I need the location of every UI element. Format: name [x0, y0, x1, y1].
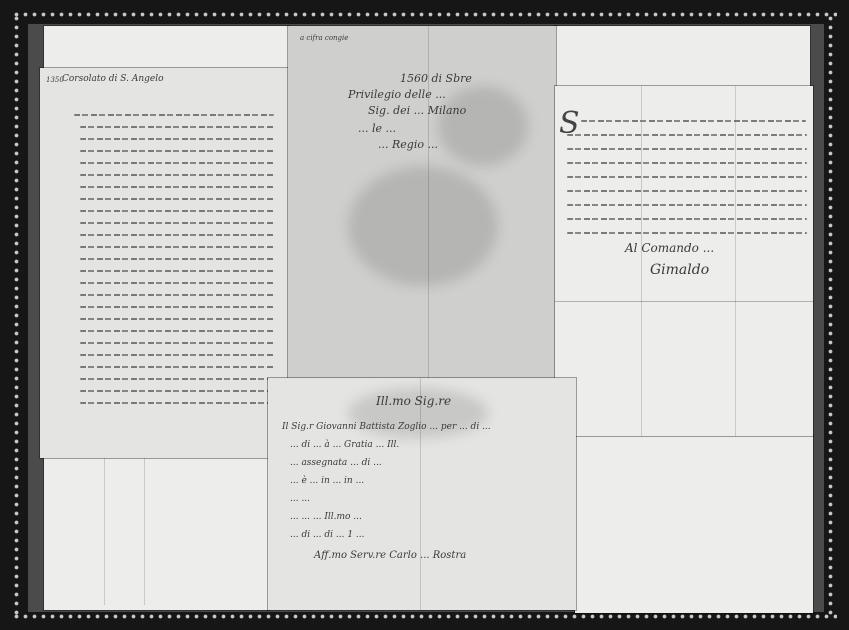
heading-line-1: 1560 di Sbre	[400, 72, 472, 85]
frame-beading-left	[12, 14, 22, 618]
heading-line-3: Sig. dei ... Milano	[368, 104, 466, 117]
heading-line-5: ... Regio ...	[378, 138, 438, 151]
backing-sheet-top-right	[555, 26, 810, 86]
frame-beading-top	[12, 10, 837, 20]
letter-closing: Aff.mo Serv.re Carlo ... Rostra	[314, 550, 466, 561]
picture-frame: 1350 Corsolato di S. Angelo a cifra cong…	[0, 0, 849, 630]
document-center-letter: a cifra congie 1560 di Sbre Privilegio d…	[288, 26, 556, 378]
frame-beading-bottom	[12, 612, 837, 622]
document-right-letter: S Al Comando ... Gimaldo	[555, 86, 813, 436]
letter-closing: Al Comando ...	[625, 241, 714, 255]
backing-sheet-bottom-right	[575, 435, 813, 613]
letter-heading: Corsolato di S. Angelo	[62, 74, 164, 84]
document-bottom-letter: Ill.mo Sig.re Il Sig.r Giovanni Battista…	[268, 378, 576, 610]
document-left-letter: 1350 Corsolato di S. Angelo	[40, 68, 290, 458]
body-line-6: ... ... ... Ill.mo ...	[290, 512, 362, 522]
heading-line-4: ... le ...	[358, 122, 396, 135]
signature: Gimaldo	[650, 262, 709, 278]
body-line-3: ... assegnata ... di ...	[290, 458, 382, 468]
backing-sheet-top-left	[44, 26, 289, 68]
body-line-1: Il Sig.r Giovanni Battista Zoglio ... pe…	[282, 422, 491, 432]
top-note: a cifra congie	[300, 34, 348, 42]
body-line-2: ... di ... à ... Gratia ... Ill.	[290, 440, 399, 450]
heading-line-2: Privilegio delle ...	[348, 88, 446, 101]
body-line-5: ... ...	[290, 494, 310, 504]
body-line-7: ... di ... di ... 1 ...	[290, 530, 365, 540]
backing-sheet-bottom-left	[44, 455, 269, 610]
letter-heading: Ill.mo Sig.re	[376, 394, 451, 408]
body-line-4: ... è ... in ... in ...	[290, 476, 364, 486]
frame-beading-right	[826, 14, 836, 618]
